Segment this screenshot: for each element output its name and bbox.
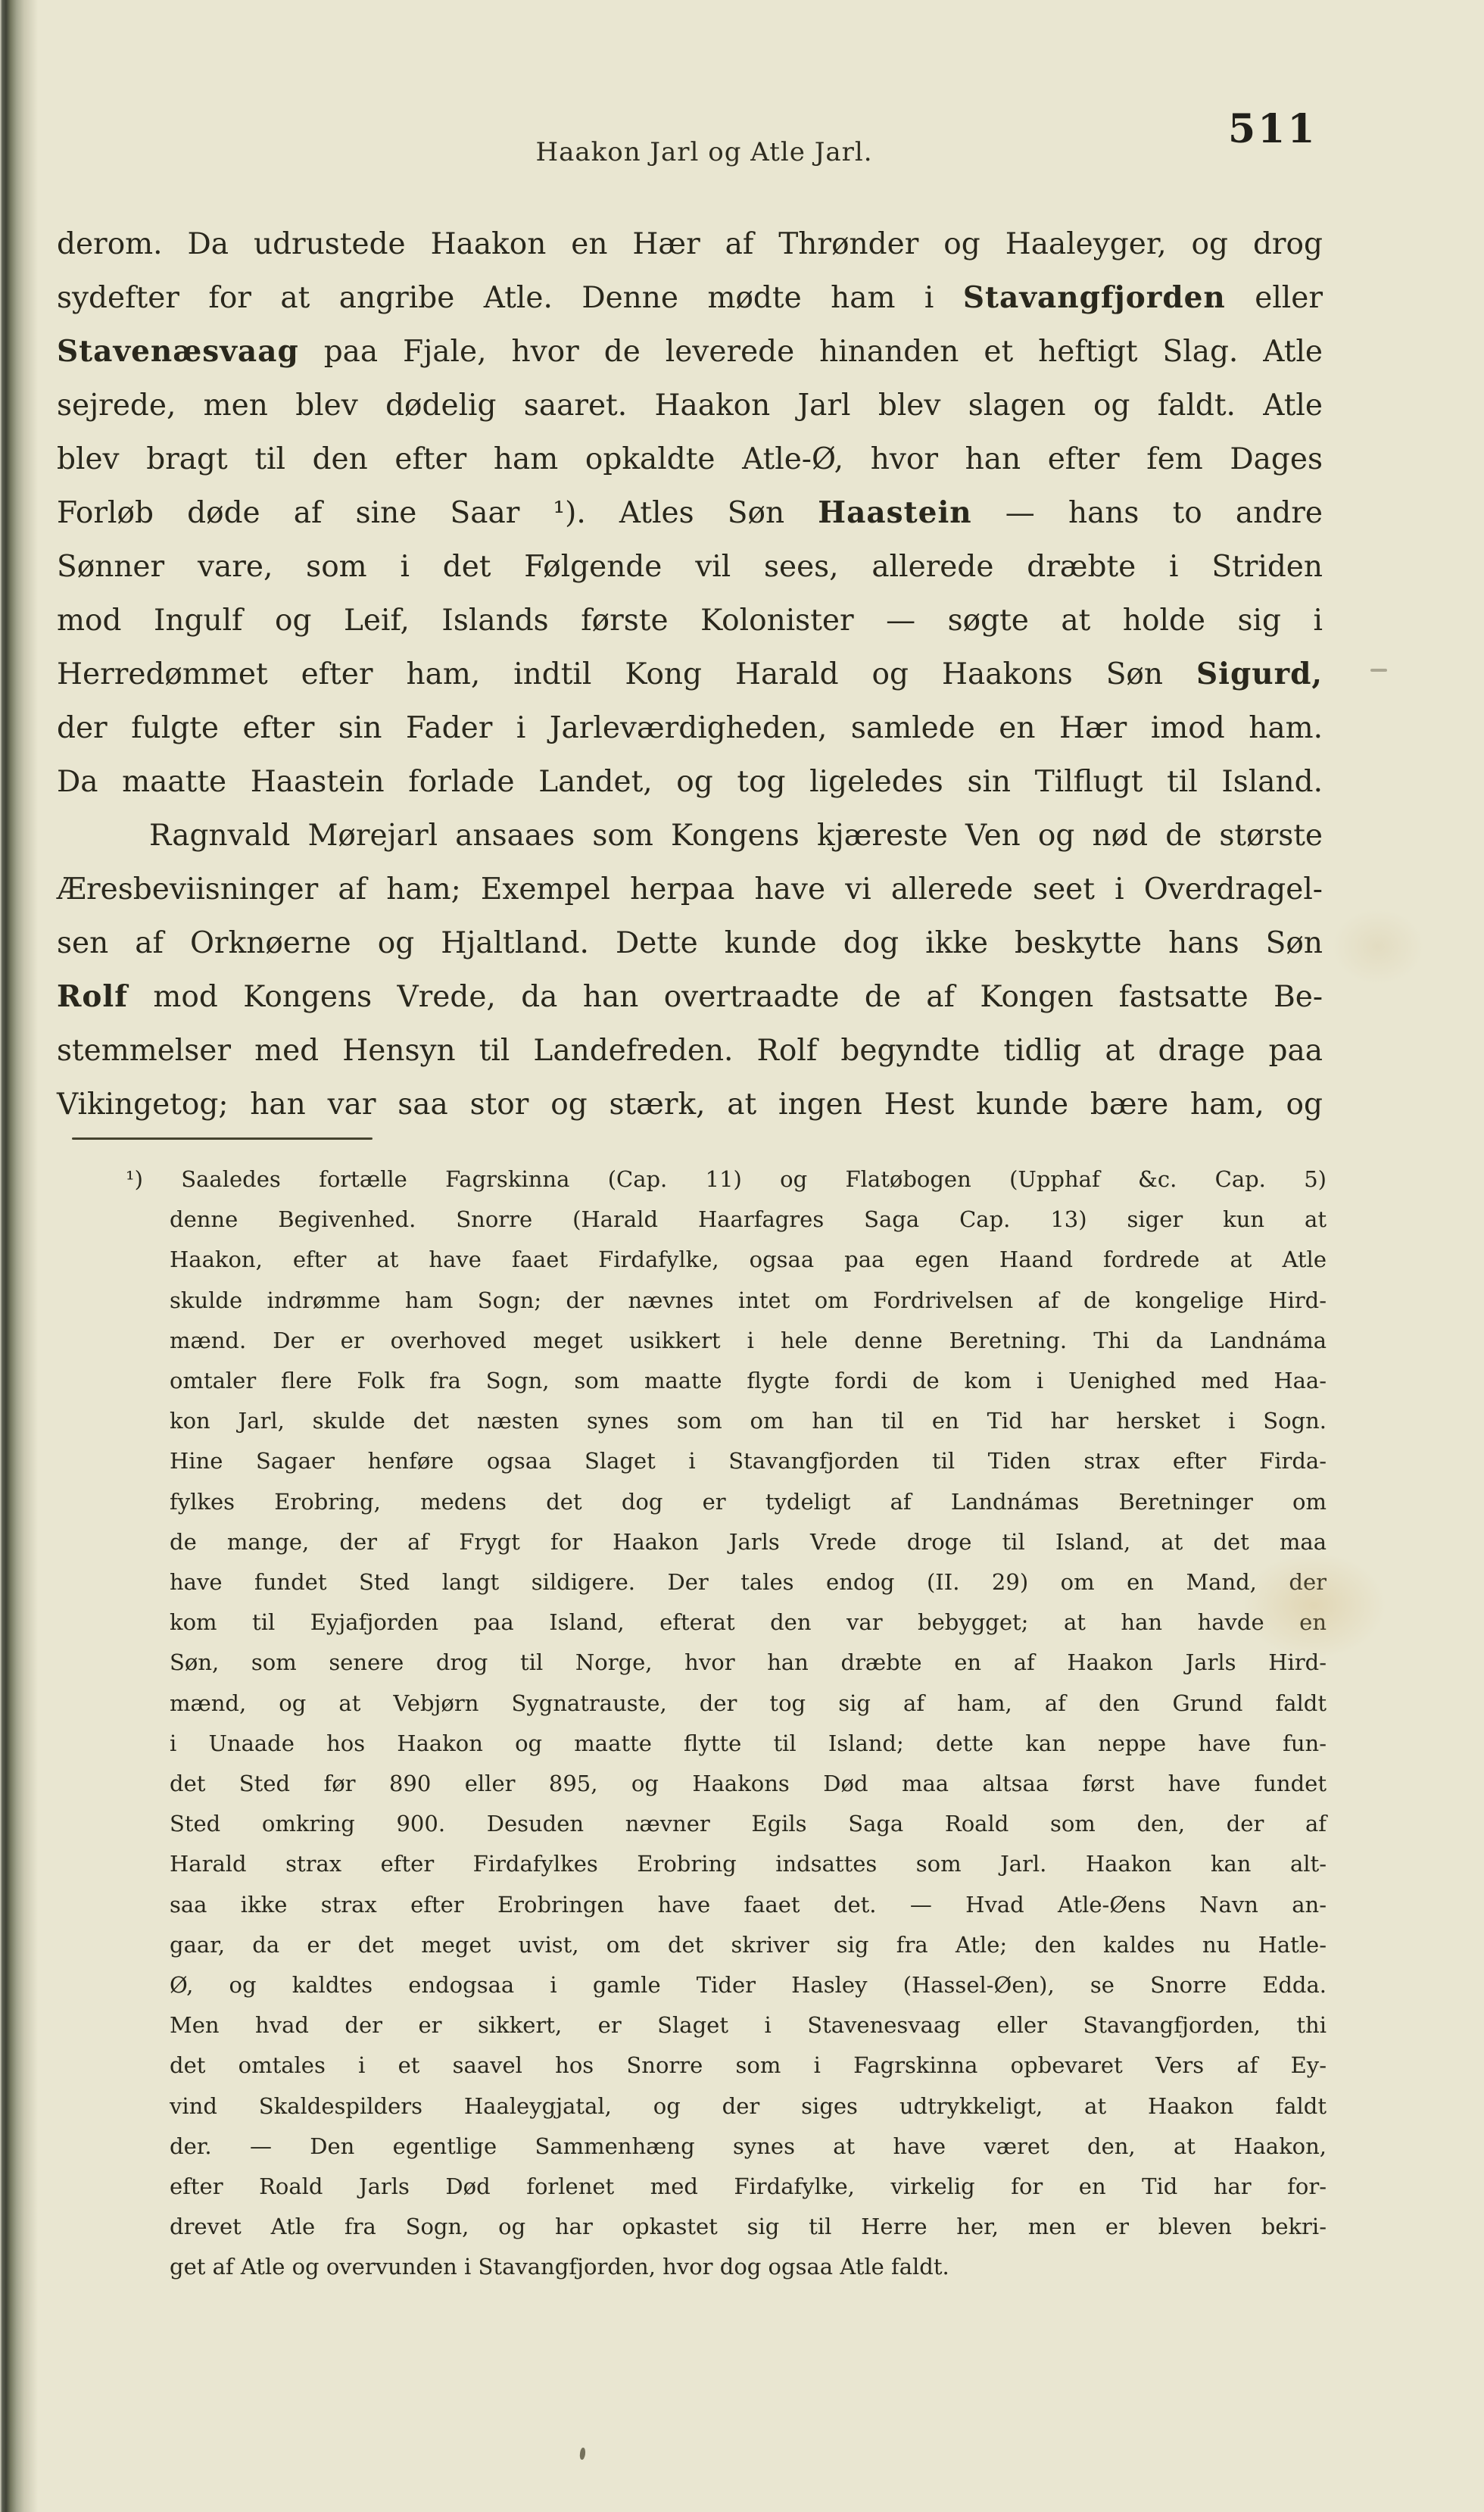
body-line: derom. Da udrustede Haakon en Hær af Thr… xyxy=(57,217,1323,271)
emphasized-name: Stavenæsvaag xyxy=(57,334,299,369)
footnote-line: ¹) Saaledes fortælle Fagrskinna (Cap. 11… xyxy=(170,1159,1327,1200)
body-line: Æresbeviisninger af ham; Exempel herpaa … xyxy=(57,863,1323,916)
page-number: 511 xyxy=(1228,106,1317,152)
footnote-line: Haakon, efter at have faaet Firdafylke, … xyxy=(170,1240,1327,1280)
book-page-scan: Haakon Jarl og Atle Jarl. 511 derom. Da … xyxy=(0,0,1484,2512)
body-line: Herredømmet efter ham, indtil Kong Haral… xyxy=(57,648,1323,701)
running-header: Haakon Jarl og Atle Jarl. xyxy=(68,137,1340,167)
footnote-line: efter Roald Jarls Død forlenet med Firda… xyxy=(170,2167,1327,2207)
paper-stain xyxy=(1333,909,1423,985)
body-text-segment: — hans to andre xyxy=(972,496,1323,530)
body-text-segment: sejrede, men blev dødelig saaret. Haakon… xyxy=(57,389,1323,423)
body-text-segment: Vikingetog; han var saa stor og stærk, a… xyxy=(57,1087,1323,1122)
body-text-segment: Ragnvald Mørejarl ansaaes som Kongens kj… xyxy=(149,819,1323,853)
footnote-line: drevet Atle fra Sogn, og har opkastet si… xyxy=(170,2207,1327,2247)
body-line: mod Ingulf og Leif, Islands første Kolon… xyxy=(57,594,1323,648)
footnote-line: Men hvad der er sikkert, er Slaget i Sta… xyxy=(170,2005,1327,2045)
body-text-segment: der fulgte efter sin Fader i Jarleværdig… xyxy=(57,711,1323,745)
body-line: Sønner vare, som i det Følgende vil sees… xyxy=(57,540,1323,594)
footnote-line: Hine Sagaer henføre ogsaa Slaget i Stava… xyxy=(170,1441,1327,1481)
footnote-line: kon Jarl, skulde det næsten synes som om… xyxy=(170,1401,1327,1441)
body-line: Forløb døde af sine Saar ¹). Atles Søn H… xyxy=(57,486,1323,540)
footnote-line: fylkes Erobring, medens det dog er tydel… xyxy=(170,1482,1327,1522)
body-text-segment: sen af Orknøerne og Hjaltland. Dette kun… xyxy=(57,926,1323,960)
footnote-line: der. — Den egentlige Sammenhæng synes at… xyxy=(170,2127,1327,2167)
body-text-segment: Herredømmet efter ham, indtil Kong Haral… xyxy=(57,657,1196,691)
ink-speck xyxy=(579,2448,586,2461)
footnote-line: Sted omkring 900. Desuden nævner Egils S… xyxy=(170,1804,1327,1844)
body-text-segment: eller xyxy=(1226,281,1323,315)
footnote-line: Harald strax efter Firdafylkes Erobring … xyxy=(170,1844,1327,1884)
body-line: sydefter for at angribe Atle. Denne mødt… xyxy=(57,271,1323,325)
body-line: blev bragt til den efter ham opkaldte At… xyxy=(57,432,1323,486)
body-text-segment: stemmelser med Hensyn til Landefreden. R… xyxy=(57,1034,1323,1068)
body-text-segment: Sønner vare, som i det Følgende vil sees… xyxy=(57,550,1323,584)
footnote-line: skulde indrømme ham Sogn; der nævnes int… xyxy=(170,1281,1327,1321)
body-line: Da maatte Haastein forlade Landet, og to… xyxy=(57,755,1323,809)
body-text-segment: sydefter for at angribe Atle. Denne mødt… xyxy=(57,281,963,315)
body-line: Rolf mod Kongens Vrede, da han overtraad… xyxy=(57,970,1323,1024)
footnote-line: gaar, da er det meget uvist, om det skri… xyxy=(170,1925,1327,1965)
body-text-segment: derom. Da udrustede Haakon en Hær af Thr… xyxy=(57,227,1323,261)
main-text-block: derom. Da udrustede Haakon en Hær af Thr… xyxy=(57,217,1323,1131)
body-line: stemmelser med Hensyn til Landefreden. R… xyxy=(57,1024,1323,1078)
emphasized-name: Haastein xyxy=(818,495,971,530)
footnote-line: saa ikke strax efter Erobringen have faa… xyxy=(170,1885,1327,1925)
footnote-separator-rule xyxy=(72,1137,373,1140)
body-line: sejrede, men blev dødelig saaret. Haakon… xyxy=(57,379,1323,432)
footnote-line: Søn, som senere drog til Norge, hvor han… xyxy=(170,1643,1327,1683)
body-text-segment: Æresbeviisninger af ham; Exempel herpaa … xyxy=(57,872,1323,907)
footnote-line: Ø, og kaldtes endogsaa i gamle Tider Has… xyxy=(170,1965,1327,2005)
body-text-segment: Da maatte Haastein forlade Landet, og to… xyxy=(57,765,1323,799)
footnote-line: kom til Eyjafjorden paa Island, efterat … xyxy=(170,1602,1327,1643)
body-text-segment: mod Ingulf og Leif, Islands første Kolon… xyxy=(57,604,1323,638)
body-line: sen af Orknøerne og Hjaltland. Dette kun… xyxy=(57,916,1323,970)
emphasized-name: Rolf xyxy=(57,979,128,1014)
footnote-line: denne Begivenhed. Snorre (Harald Haarfag… xyxy=(170,1200,1327,1240)
footnote-line: mænd, og at Vebjørn Sygnatrauste, der to… xyxy=(170,1684,1327,1724)
footnote-line: mænd. Der er overhoved meget usikkert i … xyxy=(170,1321,1327,1361)
footnote-line: omtaler flere Folk fra Sogn, som maatte … xyxy=(170,1361,1327,1401)
body-text-segment: Forløb døde af sine Saar ¹). Atles Søn xyxy=(57,496,818,530)
footnote-block: ¹) Saaledes fortælle Fagrskinna (Cap. 11… xyxy=(170,1159,1327,2288)
book-binding-edge xyxy=(0,0,38,2512)
body-line: Ragnvald Mørejarl ansaaes som Kongens kj… xyxy=(57,809,1323,863)
footnote-line: get af Atle og overvunden i Stavangfjord… xyxy=(170,2247,1327,2287)
footnote-line: det omtales i et saavel hos Snorre som i… xyxy=(170,2045,1327,2086)
footnote-line: have fundet Sted langt sildigere. Der ta… xyxy=(170,1562,1327,1602)
emphasized-name: Stavangfjorden xyxy=(963,280,1226,315)
body-line: Stavenæsvaag paa Fjale, hvor de leverede… xyxy=(57,325,1323,379)
footnote-line: i Unaade hos Haakon og maatte flytte til… xyxy=(170,1724,1327,1764)
footnote-line: de mange, der af Frygt for Haakon Jarls … xyxy=(170,1522,1327,1562)
body-text-segment: mod Kongens Vrede, da han overtraadte de… xyxy=(128,980,1323,1014)
footnote-line: det Sted før 890 eller 895, og Haakons D… xyxy=(170,1764,1327,1804)
footnote-line: vind Skaldespilders Haaleygjatal, og der… xyxy=(170,2086,1327,2127)
emphasized-name: Sigurd, xyxy=(1196,657,1323,691)
margin-mark xyxy=(1370,669,1387,672)
body-text-segment: blev bragt til den efter ham opkaldte At… xyxy=(57,442,1323,476)
body-line: der fulgte efter sin Fader i Jarleværdig… xyxy=(57,701,1323,755)
body-text-segment: paa Fjale, hvor de leverede hinanden et … xyxy=(299,335,1323,369)
body-line: Vikingetog; han var saa stor og stærk, a… xyxy=(57,1078,1323,1131)
